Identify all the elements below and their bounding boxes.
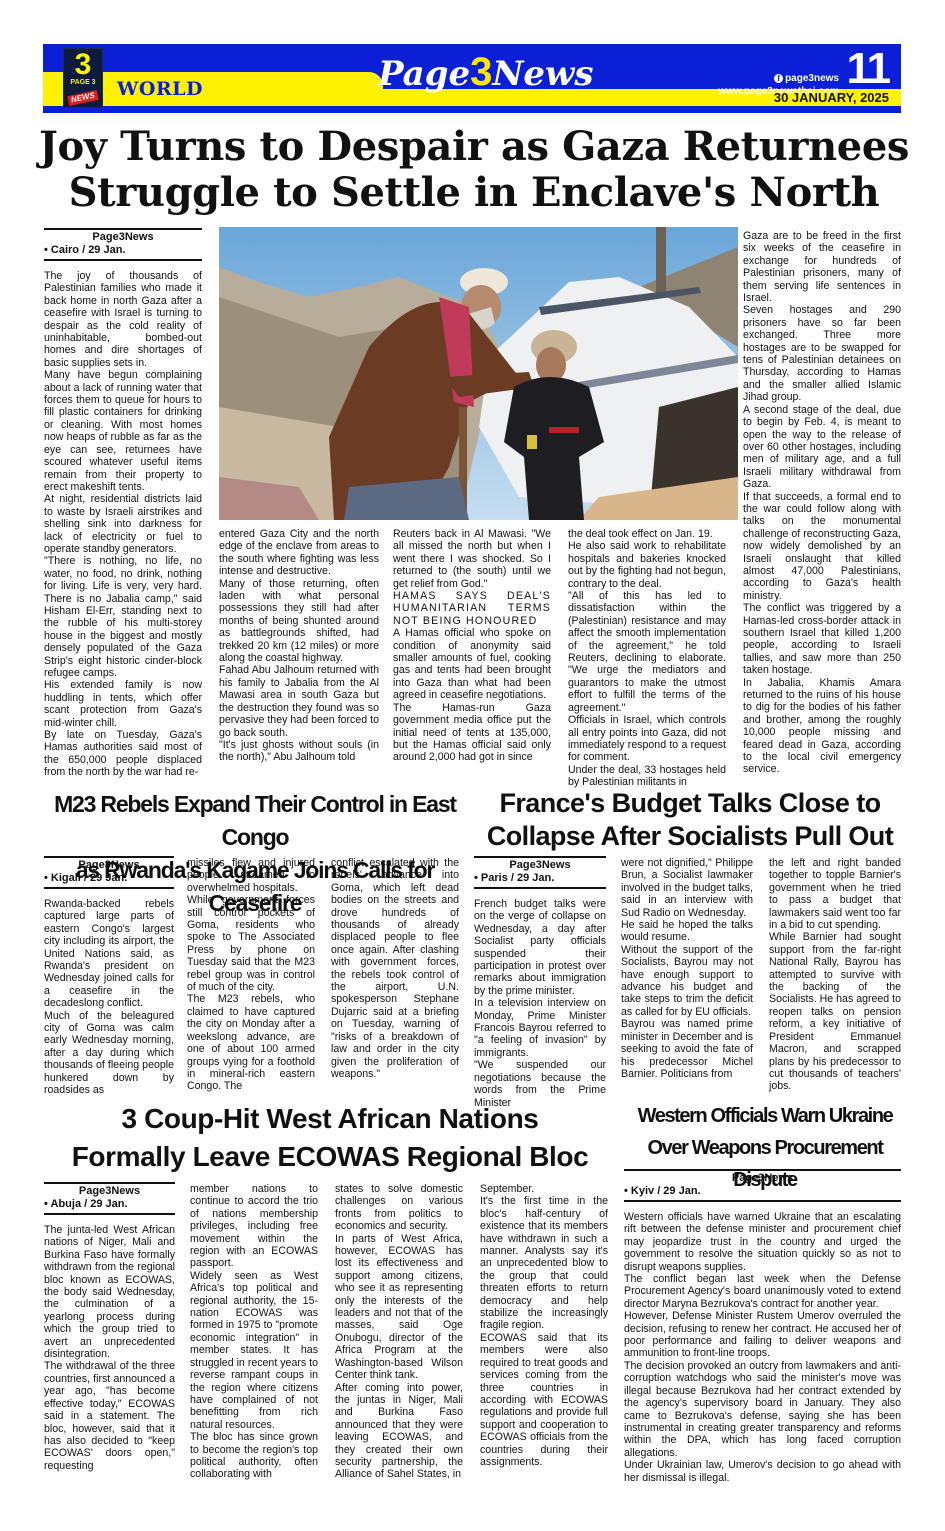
byline-dateline: • Kyiv / 29 Jan. — [624, 1185, 901, 1198]
paragraph: states to solve domestic challenges on v… — [335, 1183, 463, 1233]
paragraph: In parts of West Africa, however, ECOWAS… — [335, 1233, 463, 1382]
lead-photo[interactable] — [219, 227, 738, 520]
lead-col-3: Reuters back in Al Mawasi. "We all misse… — [393, 528, 551, 764]
byline-source: Page3News — [44, 859, 174, 872]
paragraph: The Hamas-run Gaza government media offi… — [393, 702, 551, 764]
paragraph: Much of the beleagured city of Goma was … — [44, 1010, 174, 1097]
newspaper-brand[interactable]: Page3News — [378, 50, 593, 95]
congo-headline-line1: M23 Rebels Expand Their Control in East … — [54, 791, 456, 850]
congo-col-3: conflict escalated with the rebels' adva… — [331, 857, 459, 1080]
ecowas-col-4: September. It's the first time in the bl… — [480, 1183, 608, 1468]
paragraph: Widely seen as West Africa's top politic… — [190, 1270, 318, 1431]
paragraph: Rwanda-backed rebels captured large part… — [44, 898, 174, 1010]
paragraph: In a television interview on Monday, Pri… — [474, 997, 606, 1059]
paragraph: The decision provoked an outcry from law… — [624, 1360, 901, 1459]
byline-dateline: • Cairo / 29 Jan. — [44, 244, 202, 257]
paragraph: The conflict was triggered by a Hamas-le… — [743, 602, 901, 676]
paragraph: The joy of thousands of Palestinian fami… — [44, 270, 202, 369]
ecowas-col-2: member nations to continue to accord the… — [190, 1183, 318, 1481]
masthead: 3 PAGE 3 NEWS WORLD Page3News fpage3news… — [43, 44, 901, 113]
paragraph: Bayrou was named prime minister in Decem… — [621, 1018, 753, 1080]
paragraph: By late on Tuesday, Gaza's Hamas authori… — [44, 729, 202, 779]
paragraph: Without the support of the Socialists, B… — [621, 944, 753, 1018]
byline-source: Page3News — [624, 1172, 901, 1185]
ecowas-headline-line2: Formally Leave ECOWAS Regional Bloc — [72, 1141, 589, 1172]
ukraine-headline-line1: Western Officials Warn Ukraine — [638, 1105, 893, 1127]
france-headline-line2: Collapse After Socialists Pull Out — [487, 821, 893, 851]
brand-prefix: Page — [378, 54, 470, 94]
paragraph: Under Ukrainian law, Umerov's decision t… — [624, 1459, 901, 1484]
paragraph: The junta-led West African nations of Ni… — [44, 1224, 175, 1360]
paragraph: He said he hoped the talks would resume. — [621, 919, 753, 944]
lead-col-2: entered Gaza City and the north edge of … — [219, 528, 379, 764]
byline-dateline: • Abuja / 29 Jan. — [44, 1198, 175, 1211]
paragraph: missiles flew and injured people streame… — [187, 857, 315, 894]
brand-three: 3 — [470, 50, 492, 94]
france-byline: Page3News • Paris / 29 Jan. — [474, 856, 606, 889]
lead-headline-line1: Joy Turns to Despair as Gaza Returnees — [39, 123, 909, 170]
page-number: 11 — [846, 46, 889, 92]
paragraph: conflict escalated with the rebels' adva… — [331, 857, 459, 1080]
facebook-handle-text: page3news — [785, 73, 839, 84]
brand-suffix: News — [492, 54, 593, 94]
ecowas-headline-line1: 3 Coup-Hit West African Nations — [122, 1103, 539, 1134]
france-headline: France's Budget Talks Close to Collapse … — [470, 787, 910, 853]
paragraph: The M23 rebels, who claimed to have capt… — [187, 993, 315, 1092]
paragraph: The bloc has since grown to become the r… — [190, 1431, 318, 1481]
paragraph: Fahad Abu Jalhoum returned with his fami… — [219, 664, 379, 738]
paragraph: He also said work to rehabilitate hospit… — [568, 540, 726, 590]
paragraph: member nations to continue to accord the… — [190, 1183, 318, 1270]
lead-headline: Joy Turns to Despair as Gaza Returnees S… — [30, 124, 918, 216]
paragraph: While Barnier had sought support from th… — [769, 931, 901, 1092]
section-label: WORLD — [117, 78, 203, 100]
byline-source: Page3News — [44, 231, 202, 244]
paragraph: A Hamas official who spoke on condition … — [393, 627, 551, 701]
paragraph: It's the first time in the bloc's half-c… — [480, 1195, 608, 1331]
paragraph: were not dignified," Philippe Brun, a So… — [621, 857, 753, 919]
paragraph: ECOWAS said that its members were also r… — [480, 1332, 608, 1468]
paragraph: Seven hostages and 290 prisoners have so… — [743, 304, 901, 403]
paragraph: the left and right banded together to to… — [769, 857, 901, 931]
ukraine-col: Page3News • Kyiv / 29 Jan. Western offic… — [624, 1169, 901, 1484]
france-headline-line1: France's Budget Talks Close to — [499, 788, 880, 818]
photo-elderly-man-and-boy — [219, 227, 738, 520]
ecowas-headline: 3 Coup-Hit West African Nations Formally… — [40, 1100, 620, 1176]
paragraph: The conflict began last week when the De… — [624, 1273, 901, 1310]
paragraph: Western officials have warned Ukraine th… — [624, 1211, 901, 1273]
page3-logo[interactable]: 3 PAGE 3 NEWS — [63, 48, 103, 108]
paragraph: "It's just ghosts without souls (in the … — [219, 739, 379, 764]
france-col-3: the left and right banded together to to… — [769, 857, 901, 1093]
paragraph: A second stage of the deal, due to begin… — [743, 404, 901, 491]
paragraph: The withdrawal of the three countries, f… — [44, 1360, 175, 1472]
paragraph: "All of this has led to dissatisfaction … — [568, 590, 726, 714]
congo-col-1: Page3News • Kigali / 29 Jan. Rwanda-back… — [44, 856, 174, 1097]
paragraph: French budget talks were on the verge of… — [474, 898, 606, 997]
paragraph: Reuters back in Al Mawasi. "We all misse… — [393, 528, 551, 590]
lead-headline-line2: Struggle to Settle in Enclave's North — [69, 169, 880, 216]
paragraph: His extended family is now huddling in t… — [44, 679, 202, 729]
paragraph: Under the deal, 33 hostages held by Pale… — [568, 764, 726, 789]
paragraph: However, Defense Minister Rustem Umerov … — [624, 1310, 901, 1360]
ecowas-col-3: states to solve domestic challenges on v… — [335, 1183, 463, 1481]
ukraine-byline: Page3News • Kyiv / 29 Jan. — [624, 1169, 901, 1202]
facebook-icon: f — [774, 74, 783, 83]
byline-source: Page3News — [474, 859, 606, 872]
logo-label: PAGE 3 — [64, 79, 102, 87]
byline-dateline: • Paris / 29 Jan. — [474, 872, 606, 885]
ecowas-col-1: Page3News • Abuja / 29 Jan. The junta-le… — [44, 1182, 175, 1472]
paragraph: Officials in Israel, which controls all … — [568, 714, 726, 764]
paragraph: After coming into power, the juntas in N… — [335, 1382, 463, 1481]
paragraph: Gaza are to be freed in the first six we… — [743, 230, 901, 304]
facebook-handle[interactable]: fpage3news — [774, 73, 839, 84]
paragraph: While government forces still control po… — [187, 894, 315, 993]
paragraph: If that succeeds, a formal end to the wa… — [743, 491, 901, 603]
subheading: HAMAS SAYS DEAL'S HUMANITARIAN TERMS NOT… — [393, 590, 551, 627]
ecowas-byline: Page3News • Abuja / 29 Jan. — [44, 1182, 175, 1215]
logo-news-tag: NEWS — [67, 90, 98, 106]
paragraph: In Jabalia, Khamis Amara returned to the… — [743, 677, 901, 776]
lead-col-5: Gaza are to be freed in the first six we… — [743, 230, 901, 776]
issue-date: 30 JANUARY, 2025 — [774, 91, 889, 105]
paragraph: At night, residential districts laid to … — [44, 493, 202, 555]
congo-col-2: missiles flew and injured people streame… — [187, 857, 315, 1093]
paragraph: the deal took effect on Jan. 19. — [568, 528, 726, 540]
masthead-bottom-rule — [43, 106, 901, 113]
paragraph: "There is nothing, no life, no water, no… — [44, 555, 202, 679]
byline-source: Page3News — [44, 1185, 175, 1198]
france-col-1: Page3News • Paris / 29 Jan. French budge… — [474, 856, 606, 1109]
congo-byline: Page3News • Kigali / 29 Jan. — [44, 856, 174, 889]
lead-col-4: the deal took effect on Jan. 19. He also… — [568, 528, 726, 789]
france-col-2: were not dignified," Philippe Brun, a So… — [621, 857, 753, 1080]
paragraph: Many of those returning, often laden wit… — [219, 578, 379, 665]
paragraph: Many have begun complaining about a lack… — [44, 369, 202, 493]
paragraph: entered Gaza City and the north edge of … — [219, 528, 379, 578]
paragraph: September. — [480, 1183, 608, 1195]
byline-dateline: • Kigali / 29 Jan. — [44, 872, 174, 885]
lead-col-1: Page3News • Cairo / 29 Jan. The joy of t… — [44, 228, 202, 779]
logo-number: 3 — [64, 51, 102, 79]
lead-byline: Page3News • Cairo / 29 Jan. — [44, 228, 202, 261]
